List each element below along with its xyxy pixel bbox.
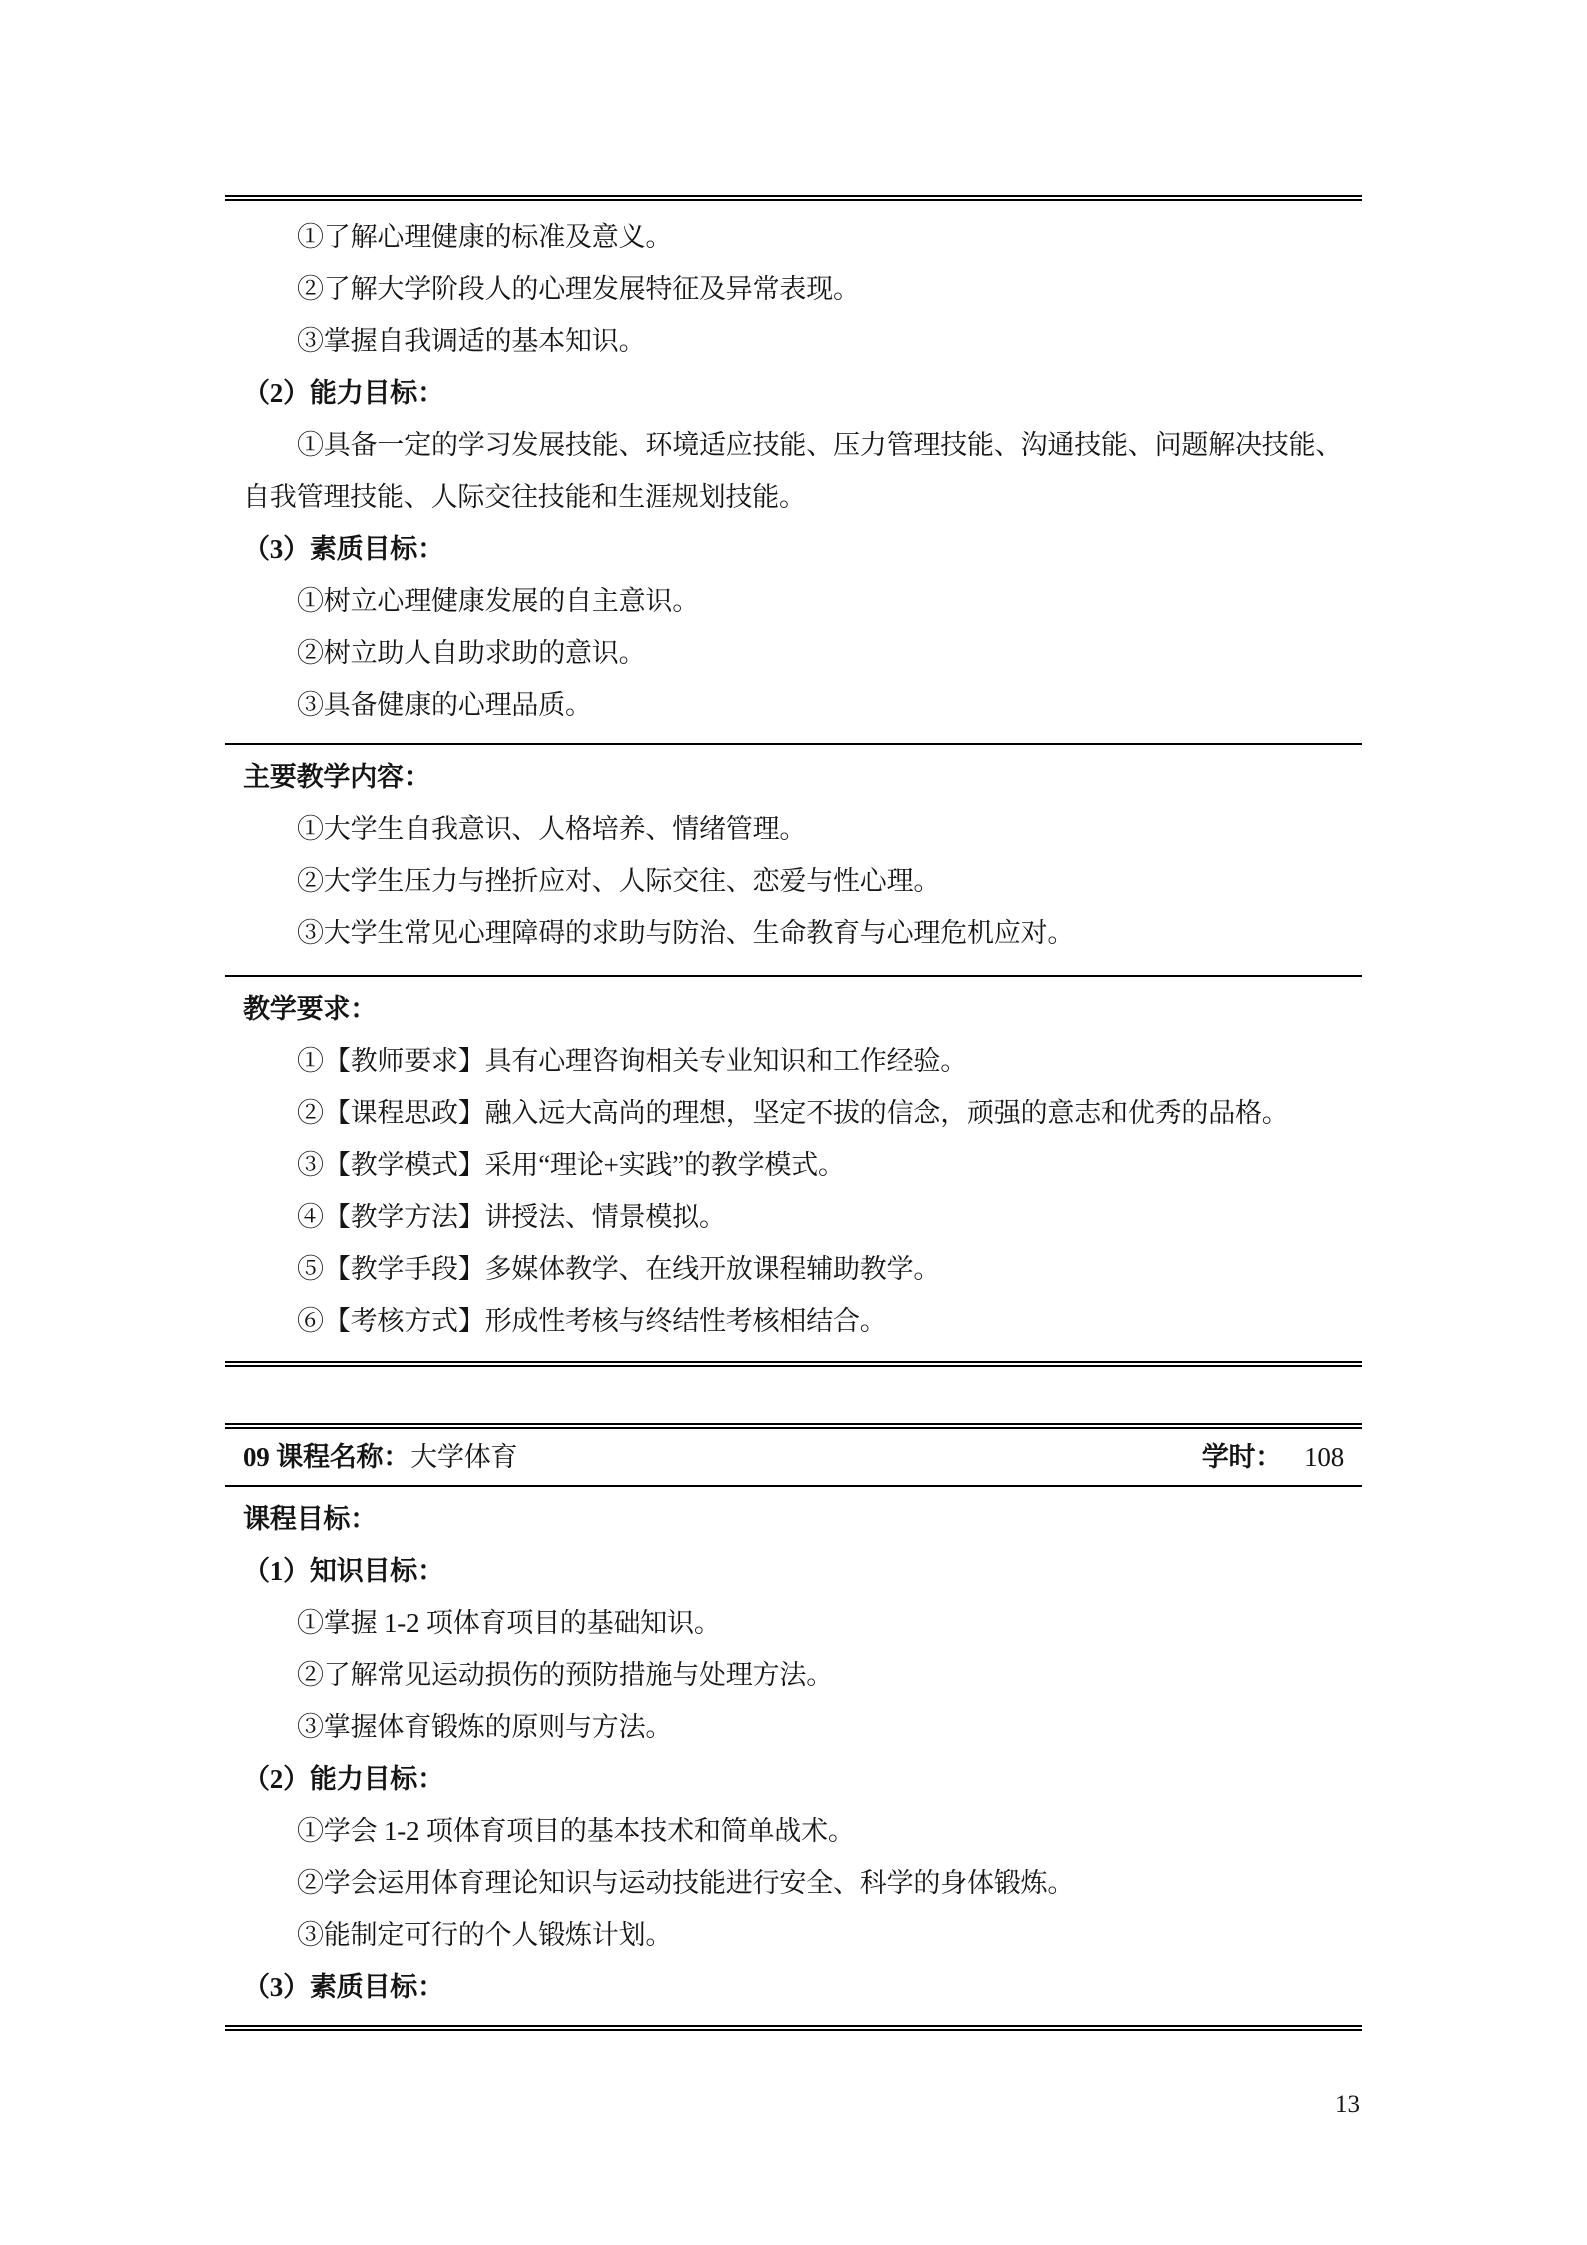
paragraph: ①具备一定的学习发展技能、环境适应技能、压力管理技能、沟通技能、问题解决技能、 xyxy=(243,419,1350,471)
course-08-table-continued: ①了解心理健康的标准及意义。②了解大学阶段人的心理发展特征及异常表现。③掌握自我… xyxy=(225,195,1362,1367)
hours-label: 学时： xyxy=(1202,1442,1282,1472)
course-name: 大学体育 xyxy=(410,1442,517,1472)
hours-value: 108 xyxy=(1304,1442,1344,1472)
document-page: ①了解心理健康的标准及意义。②了解大学阶段人的心理发展特征及异常表现。③掌握自我… xyxy=(0,0,1587,2245)
paragraph: ③掌握自我调适的基本知识。 xyxy=(243,315,1350,367)
section-teaching-requirements: 教学要求：①【教师要求】具有心理咨询相关专业知识和工作经验。②【课程思政】融入远… xyxy=(225,975,1362,1361)
paragraph: ②【课程思政】融入远大高尚的理想，坚定不拔的信念，顽强的意志和优秀的品格。 xyxy=(243,1087,1350,1139)
paragraph: ①树立心理健康发展的自主意识。 xyxy=(243,575,1350,627)
section-main-teaching-content: 主要教学内容：①大学生自我意识、人格培养、情绪管理。②大学生压力与挫折应对、人际… xyxy=(225,743,1362,975)
paragraph: （3）素质目标： xyxy=(243,1961,1350,2013)
paragraph: ③具备健康的心理品质。 xyxy=(243,679,1350,731)
paragraph: （1）知识目标： xyxy=(243,1545,1350,1597)
page-number: 13 xyxy=(1300,2090,1360,2120)
paragraph: 教学要求： xyxy=(243,983,1350,1035)
paragraph: （2）能力目标： xyxy=(243,367,1350,419)
section-objectives-continued: ①了解心理健康的标准及意义。②了解大学阶段人的心理发展特征及异常表现。③掌握自我… xyxy=(225,201,1362,743)
course-hours-group: 学时：108 xyxy=(1202,1429,1344,1485)
paragraph: ②了解大学阶段人的心理发展特征及异常表现。 xyxy=(243,263,1350,315)
paragraph: ③掌握体育锻炼的原则与方法。 xyxy=(243,1701,1350,1753)
paragraph: ①学会 1-2 项体育项目的基本技术和简单战术。 xyxy=(243,1805,1350,1857)
paragraph: 主要教学内容： xyxy=(243,751,1350,803)
course-title-group: 09 课程名称：大学体育 xyxy=(243,1429,517,1485)
paragraph: （2）能力目标： xyxy=(243,1753,1350,1805)
paragraph: ②大学生压力与挫折应对、人际交往、恋爱与性心理。 xyxy=(243,855,1350,907)
section-course-09-objectives: 课程目标：（1）知识目标：①掌握 1-2 项体育项目的基础知识。②了解常见运动损… xyxy=(225,1487,1362,2025)
paragraph: ③能制定可行的个人锻炼计划。 xyxy=(243,1909,1350,1961)
paragraph: ①大学生自我意识、人格培养、情绪管理。 xyxy=(243,803,1350,855)
paragraph: ①掌握 1-2 项体育项目的基础知识。 xyxy=(243,1597,1350,1649)
paragraph: ①【教师要求】具有心理咨询相关专业知识和工作经验。 xyxy=(243,1035,1350,1087)
paragraph: ④【教学方法】讲授法、情景模拟。 xyxy=(243,1191,1350,1243)
course-09-table: 09 课程名称：大学体育 学时：108 课程目标：（1）知识目标：①掌握 1-2… xyxy=(225,1423,1362,2031)
paragraph: 自我管理技能、人际交往技能和生涯规划技能。 xyxy=(243,471,1350,523)
paragraph: （3）素质目标： xyxy=(243,523,1350,575)
paragraph: ③大学生常见心理障碍的求助与防治、生命教育与心理危机应对。 xyxy=(243,907,1350,959)
course-no-label: 09 课程名称： xyxy=(243,1442,410,1472)
paragraph: ②树立助人自助求助的意识。 xyxy=(243,627,1350,679)
paragraph: ②了解常见运动损伤的预防措施与处理方法。 xyxy=(243,1649,1350,1701)
paragraph: ⑤【教学手段】多媒体教学、在线开放课程辅助教学。 xyxy=(243,1243,1350,1295)
paragraph: ①了解心理健康的标准及意义。 xyxy=(243,211,1350,263)
paragraph: ③【教学模式】采用“理论+实践”的教学模式。 xyxy=(243,1139,1350,1191)
paragraph: ⑥【考核方式】形成性考核与终结性考核相结合。 xyxy=(243,1295,1350,1347)
paragraph: ②学会运用体育理论知识与运动技能进行安全、科学的身体锻炼。 xyxy=(243,1857,1350,1909)
paragraph: 课程目标： xyxy=(243,1493,1350,1545)
course-09-header-row: 09 课程名称：大学体育 学时：108 xyxy=(225,1429,1362,1487)
